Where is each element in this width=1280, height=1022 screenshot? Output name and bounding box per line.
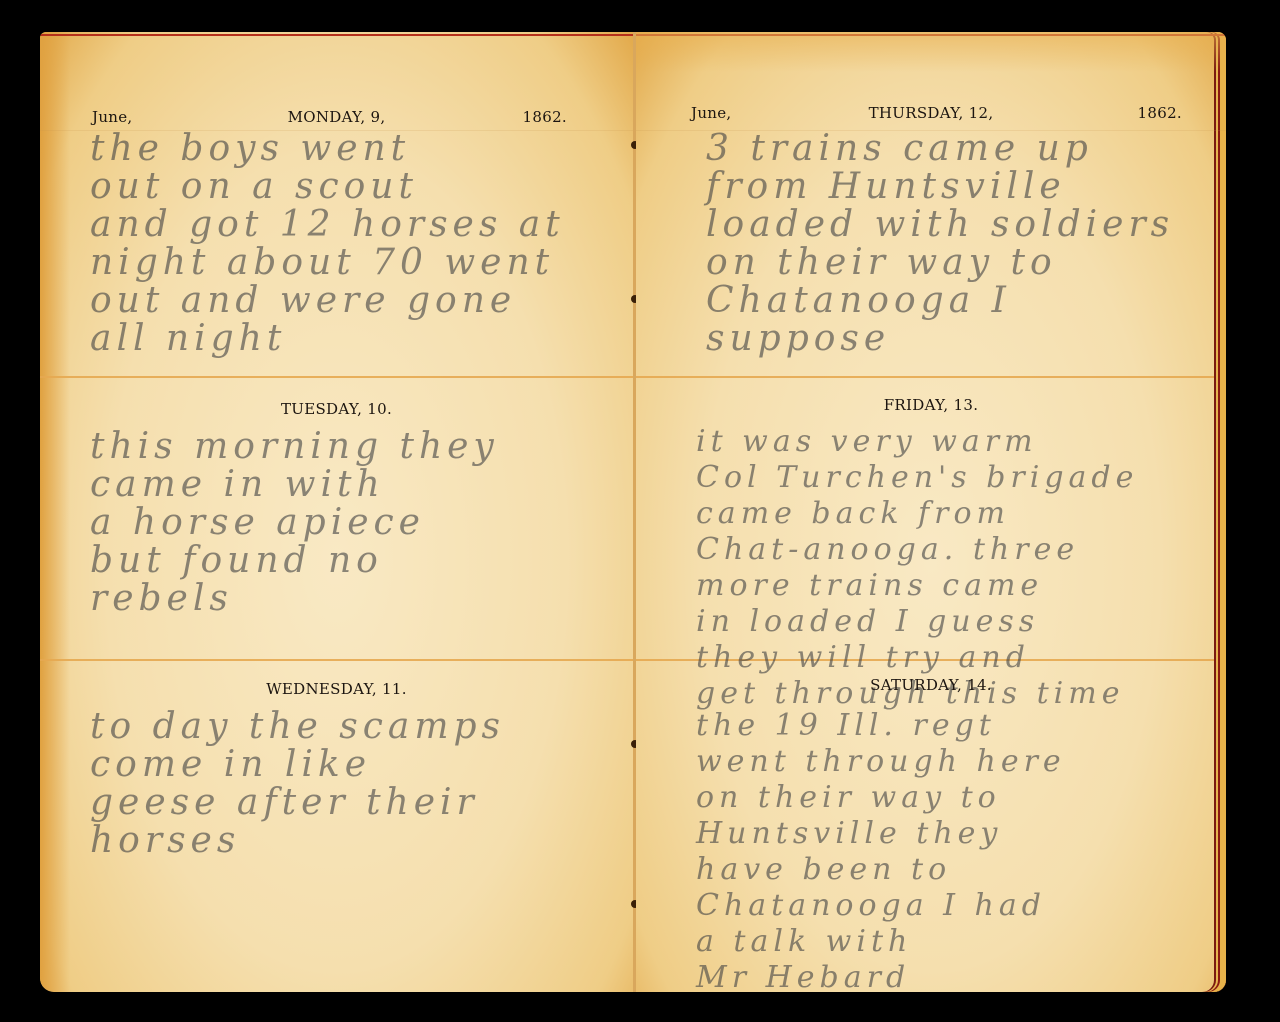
- year-label: 1862.: [1138, 104, 1182, 122]
- right-diary-page: June, THURSDAY, 12, 1862. 3 trains came …: [636, 32, 1226, 992]
- year-label: 1862.: [523, 108, 567, 126]
- entry-monday-handwriting: the boys went out on a scout and got 12 …: [90, 130, 613, 358]
- entry-wednesday-handwriting: to day the scamps come in like geese aft…: [90, 708, 613, 860]
- day-heading-wednesday: WEDNESDAY, 11.: [40, 680, 633, 698]
- page-top-edge: [636, 34, 1226, 36]
- page-top-edge: [40, 34, 633, 36]
- left-diary-page: June, MONDAY, 9, 1862. the boys went out…: [40, 32, 633, 992]
- entry-saturday-handwriting: the 19 Ill. regt went through here on th…: [696, 708, 1206, 992]
- day-divider: [40, 659, 633, 661]
- entry-thursday-handwriting: 3 trains came up from Huntsville loaded …: [706, 130, 1206, 358]
- day-heading-friday: FRIDAY, 13.: [636, 396, 1226, 414]
- entry-tuesday-handwriting: this morning they came in with a horse a…: [90, 428, 613, 618]
- day-heading-saturday: SATURDAY, 14.: [636, 676, 1226, 694]
- entry-friday-handwriting: it was very warm Col Turchen's brigade c…: [696, 424, 1206, 712]
- day-divider: [40, 376, 633, 378]
- day-heading-tuesday: TUESDAY, 10.: [40, 400, 633, 418]
- day-divider: [636, 376, 1214, 378]
